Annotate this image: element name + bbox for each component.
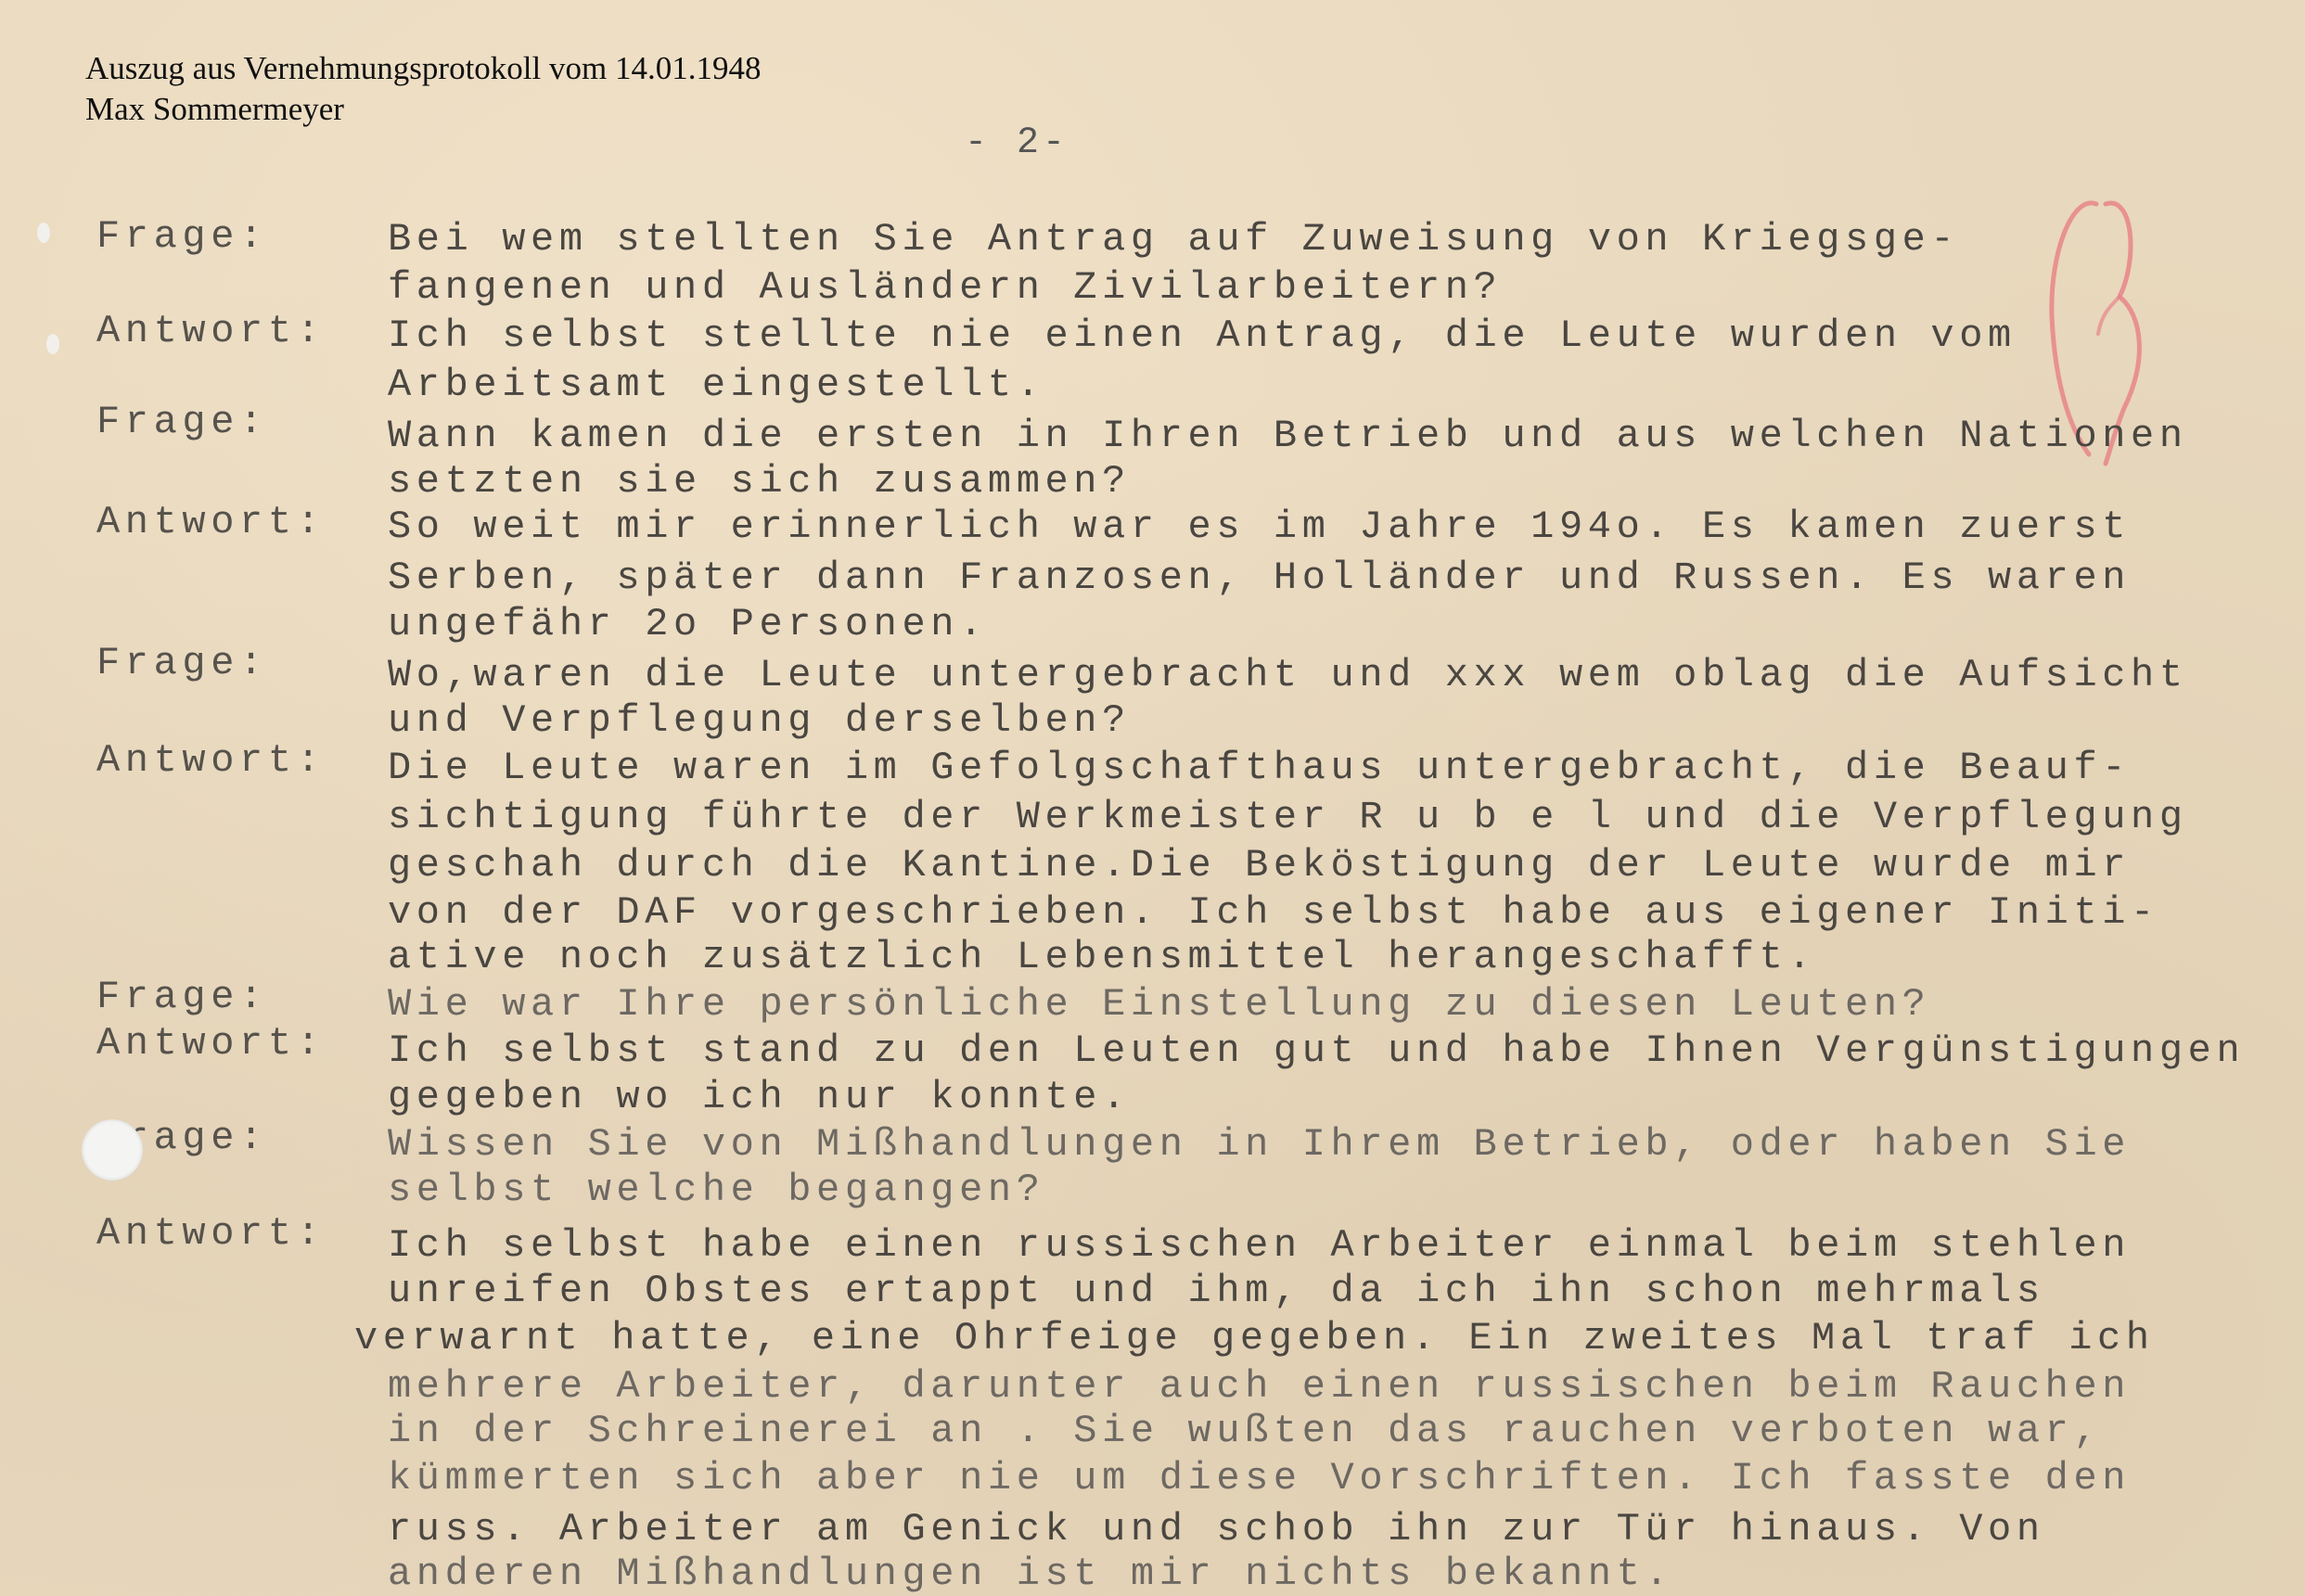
document-page: Auszug aus Vernehmungsprotokoll vom 14.0… [0,0,2305,1596]
question-label: Frage: [96,399,268,445]
entry-line: anderen Mißhandlungen ist mir nichts bek… [388,1551,1673,1596]
answer-label: Antwort: [96,308,325,354]
entry-line: Serben, später dann Franzosen, Holländer… [388,555,2131,601]
page-number: - 2- [965,122,1069,164]
entry-line: So weit mir erinnerlich war es im Jahre … [388,504,2131,550]
entry-line: ungefähr 2o Personen. [388,601,988,647]
entry-line: Wie war Ihre persönliche Einstellung zu … [388,981,1930,1028]
entry-line: Ich selbst habe einen russischen Arbeite… [388,1222,2131,1269]
entry-line: setzten sie sich zusammen? [388,458,1131,504]
entry-line: mehrere Arbeiter, darunter auch einen ru… [388,1363,2131,1410]
entry-line: unreifen Obstes ertappt und ihm, da ich … [388,1268,2045,1314]
punch-hole [82,1119,143,1181]
entry-line: russ. Arbeiter am Genick und schob ihn z… [388,1506,2045,1552]
entry-line: und Verpflegung derselben? [388,697,1131,744]
entry-line: Arbeitsamt eingestellt. [388,362,1045,408]
entry-line: fangenen und Ausländern Zivilarbeitern? [388,264,1502,311]
entry-line: Ich selbst stand zu den Leuten gut und h… [388,1028,2245,1074]
entry-line: Bei wem stellten Sie Antrag auf Zuweisun… [388,216,1959,262]
answer-label: Antwort: [96,1210,325,1257]
question-label: Frage: [96,974,268,1020]
entry-line: in der Schreinerei an . Sie wußten das r… [388,1408,2102,1454]
header-title: Auszug aus Vernehmungsprotokoll vom 14.0… [85,48,761,89]
entry-line: ative noch zusätzlich Lebensmittel heran… [388,934,1816,980]
entry-line: Ich selbst stellte nie einen Antrag, die… [388,313,2017,359]
paper-nick [37,223,50,243]
entry-line: verwarnt hatte, eine Ohrfeige gegeben. E… [354,1315,2155,1361]
entry-line: von der DAF vorgeschrieben. Ich selbst h… [388,889,2159,936]
entry-line: Wissen Sie von Mißhandlungen in Ihrem Be… [388,1121,2131,1168]
answer-label: Antwort: [96,499,325,545]
answer-label: Antwort: [96,1020,325,1066]
entry-line: kümmerten sich aber nie um diese Vorschr… [388,1455,2131,1501]
entry-line: geschah durch die Kantine.Die Beköstigun… [388,842,2131,888]
header-subtitle: Max Sommermeyer [85,89,761,130]
question-label: Frage: [96,640,268,686]
entry-line: Wann kamen die ersten in Ihren Betrieb u… [388,413,2188,459]
entry-line: gegeben wo ich nur konnte. [388,1074,1131,1120]
document-header: Auszug aus Vernehmungsprotokoll vom 14.0… [85,48,761,130]
entry-line: Die Leute waren im Gefolgschafthaus unte… [388,745,2131,791]
paper-nick [46,334,59,354]
answer-label: Antwort: [96,737,325,784]
entry-line: selbst welche begangen? [388,1167,1045,1213]
question-label: Frage: [96,213,268,260]
entry-line: Wo,waren die Leute untergebracht und xxx… [388,652,2188,698]
entry-line: sichtigung führte der Werkmeister R u b … [388,794,2188,840]
